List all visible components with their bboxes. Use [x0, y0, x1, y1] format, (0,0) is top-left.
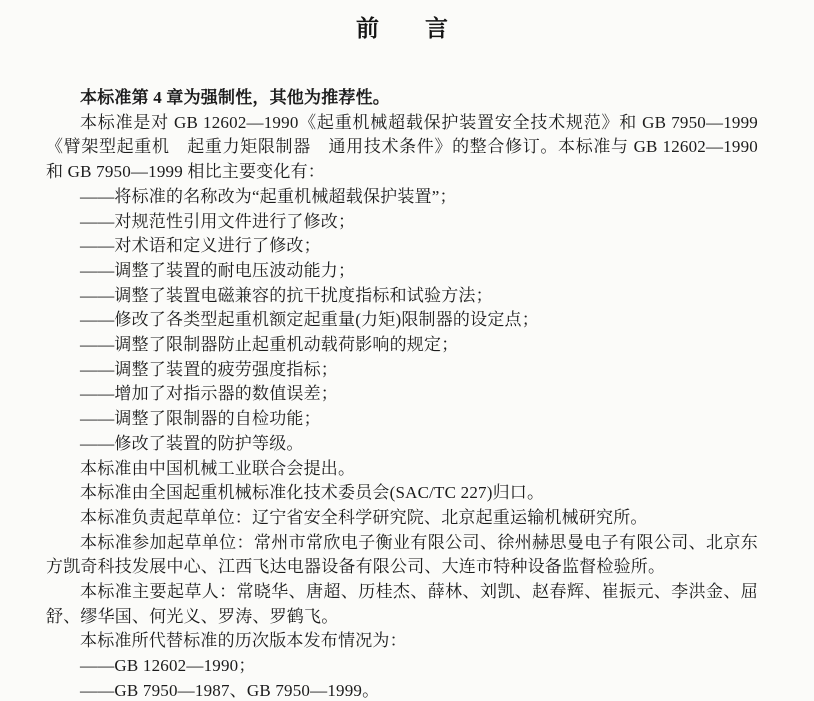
revision-basis-paragraph: 本标准是对 GB 12602—1990《起重机械超载保护装置安全技术规范》和 G…: [46, 111, 758, 185]
participating-units-paragraph: 本标准参加起草单位：常州市常欣电子衡业有限公司、徐州赫思曼电子有限公司、北京东方…: [46, 531, 758, 580]
drafting-units-paragraph: 本标准负责起草单位：辽宁省安全科学研究院、北京起重运输机械研究所。: [46, 506, 758, 531]
change-list-item: ——对术语和定义进行了修改；: [46, 234, 758, 259]
mandatory-clause-note: 本标准第 4 章为强制性，其他为推荐性。: [46, 86, 758, 111]
replaced-version-item: ——GB 7950—1987、GB 7950—1999。: [46, 679, 758, 701]
replaced-versions-intro: 本标准所代替标准的历次版本发布情况为：: [46, 629, 758, 654]
change-list-item: ——对规范性引用文件进行了修改；: [46, 210, 758, 235]
change-list-item: ——调整了装置的耐电压波动能力；: [46, 259, 758, 284]
change-list-item: ——调整了限制器的自检功能；: [46, 407, 758, 432]
technical-committee-paragraph: 本标准由全国起重机械标准化技术委员会(SAC/TC 227)归口。: [46, 481, 758, 506]
change-list-item: ——调整了装置的疲劳强度指标；: [46, 358, 758, 383]
change-list-item: ——调整了限制器防止起重机动载荷影响的规定；: [46, 333, 758, 358]
replaced-version-item: ——GB 12602—1990；: [46, 654, 758, 679]
change-list-item: ——增加了对指示器的数值误差；: [46, 382, 758, 407]
change-list-item: ——修改了装置的防护等级。: [46, 432, 758, 457]
change-list-item: ——将标准的名称改为“起重机械超载保护装置”；: [46, 185, 758, 210]
change-list-item: ——修改了各类型起重机额定起重量(力矩)限制器的设定点；: [46, 308, 758, 333]
proposing-body-paragraph: 本标准由中国机械工业联合会提出。: [46, 457, 758, 482]
document-page: 前 言 本标准第 4 章为强制性，其他为推荐性。 本标准是对 GB 12602—…: [0, 0, 814, 701]
drafters-paragraph: 本标准主要起草人：常晓华、唐超、历桂杰、薛林、刘凯、赵春辉、崔振元、李洪金、屈舒…: [46, 580, 758, 629]
change-list-item: ——调整了装置电磁兼容的抗干扰度指标和试验方法；: [46, 284, 758, 309]
foreword-title: 前 言: [46, 14, 758, 44]
